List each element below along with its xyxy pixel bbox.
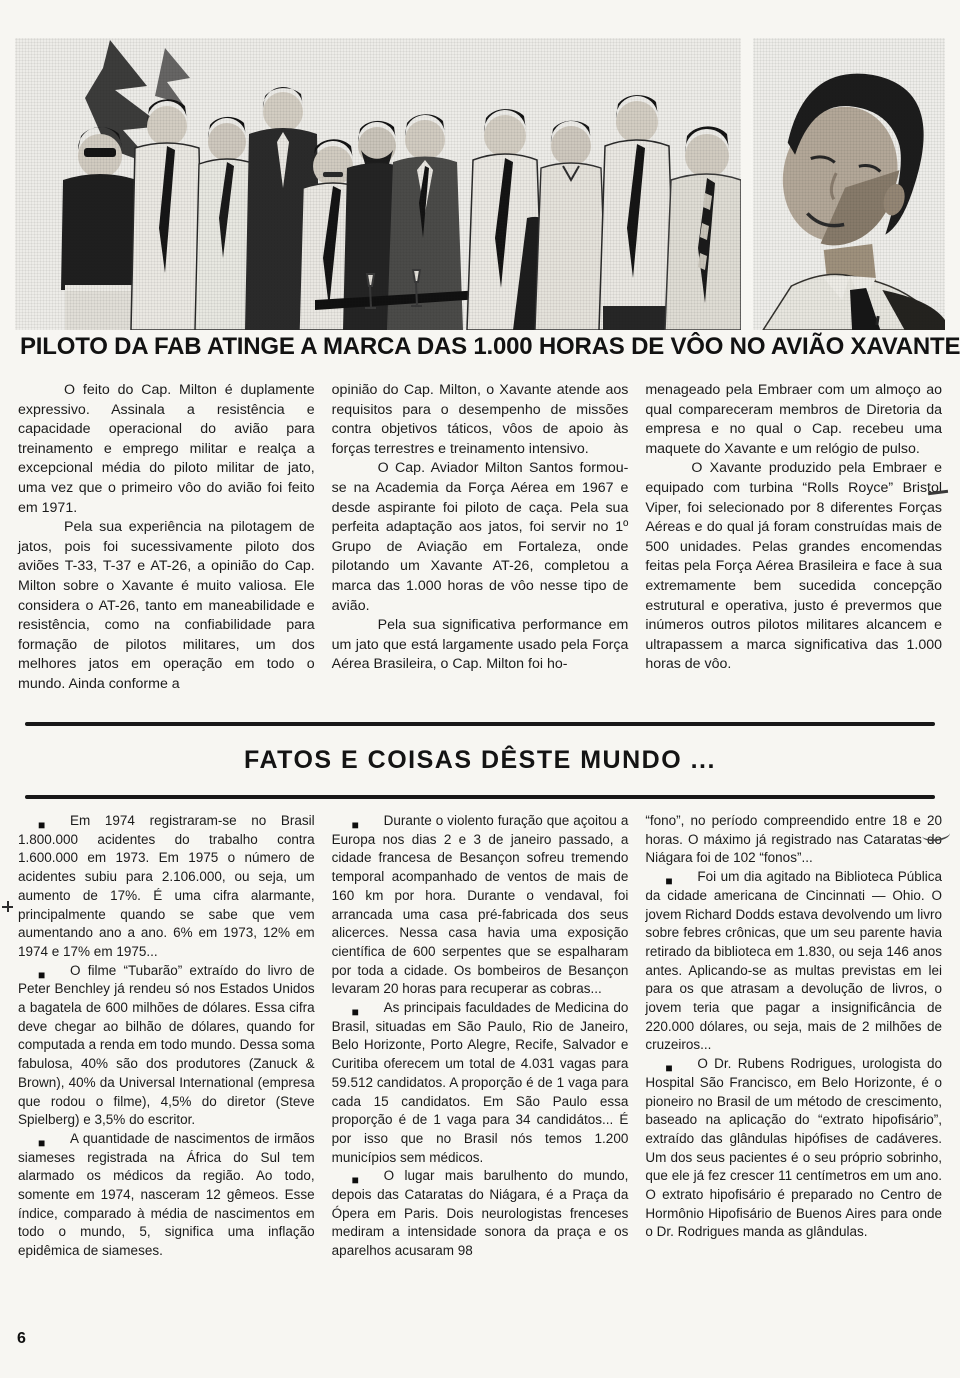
article1-column-1: O feito do Cap. Milton é duplamente expr… [18,381,315,695]
paragraph: O Cap. Aviador Milton Santos formou-se n… [332,459,629,616]
paragraph: O Xavante produzido pela Embraer e equip… [645,459,942,675]
paragraph: “fono”, no período compreendido entre 18… [645,812,942,868]
fatos-section: ■ Em 1974 registraram-se no Brasil 1.800… [18,812,942,1261]
cap-milton-portrait-photo [753,38,945,330]
paragraph: O feito do Cap. Milton é duplamente expr… [18,381,315,518]
square-bullet-icon: ■ [665,1062,672,1074]
paragraph: Pela sua experiência na pilotagem de jat… [18,518,315,694]
paragraph: O filme “Tubarão” extraído do livro de P… [18,962,315,1130]
paragraph: menageado pela Embraer com um almoço ao … [645,381,942,459]
news-item: ■ O lugar mais barulhento do mundo, depo… [332,1167,629,1261]
magazine-page: PILOTO DA FAB ATINGE A MARCA DAS 1.000 H… [0,0,960,1378]
news-item-continuation: “fono”, no período compreendido entre 18… [645,812,942,868]
article-headline: PILOTO DA FAB ATINGE A MARCA DAS 1.000 H… [20,333,940,361]
paragraph: O lugar mais barulhento do mundo, depois… [332,1167,629,1261]
article1-column-2: opinião do Cap. Milton, o Xavante atende… [332,381,629,695]
news-item: ■ O Dr. Rubens Rodrigues, urologista do … [645,1055,942,1242]
news-item: ■ O filme “Tubarão” extraído do livro de… [18,962,315,1130]
paragraph: opinião do Cap. Milton, o Xavante atende… [332,381,629,459]
horizontal-rule-top [25,722,935,726]
article1-column-3: menageado pela Embraer com um almoço ao … [645,381,942,695]
square-bullet-icon: ■ [352,1006,359,1018]
paragraph: Foi um dia agitado na Biblioteca Pública… [645,868,942,1055]
paragraph: Durante o violento furação que açoitou a… [332,812,629,999]
square-bullet-icon: ■ [352,1174,359,1186]
paragraph: Pela sua significativa performance em um… [332,616,629,675]
news-item: ■ Em 1974 registraram-se no Brasil 1.800… [18,812,315,962]
square-bullet-icon: ■ [352,819,359,831]
group-photo-illustration [15,38,741,330]
group-reception-photo [15,38,741,330]
fatos-column-3: “fono”, no período compreendido entre 18… [645,812,942,1261]
fatos-column-1: ■ Em 1974 registraram-se no Brasil 1.800… [18,812,315,1261]
page-number: 6 [17,1330,26,1348]
square-bullet-icon: ■ [665,875,672,887]
square-bullet-icon: ■ [38,1137,45,1149]
news-item: ■ Durante o violento furação que açoitou… [332,812,629,999]
news-item: ■ As principais faculdades de Medicina d… [332,999,629,1167]
paragraph: O Dr. Rubens Rodrigues, urologista do Ho… [645,1055,942,1242]
section-title: FATOS E COISAS DÊSTE MUNDO ... [0,746,960,775]
fatos-column-2: ■ Durante o violento furação que açoitou… [332,812,629,1261]
xavante-article: O feito do Cap. Milton é duplamente expr… [18,381,942,695]
print-plus-mark [2,901,13,912]
paragraph: Em 1974 registraram-se no Brasil 1.800.0… [18,812,315,962]
horizontal-rule-bottom [25,795,935,799]
square-bullet-icon: ■ [38,969,45,981]
news-item: ■ A quantidade de nascimentos de irmãos … [18,1130,315,1261]
portrait-illustration [753,38,945,330]
paragraph: As principais faculdades de Medicina do … [332,999,629,1167]
news-item: ■ Foi um dia agitado na Biblioteca Públi… [645,868,942,1055]
square-bullet-icon: ■ [38,819,45,831]
paragraph: A quantidade de nascimentos de irmãos si… [18,1130,315,1261]
photo-strip [15,38,945,330]
